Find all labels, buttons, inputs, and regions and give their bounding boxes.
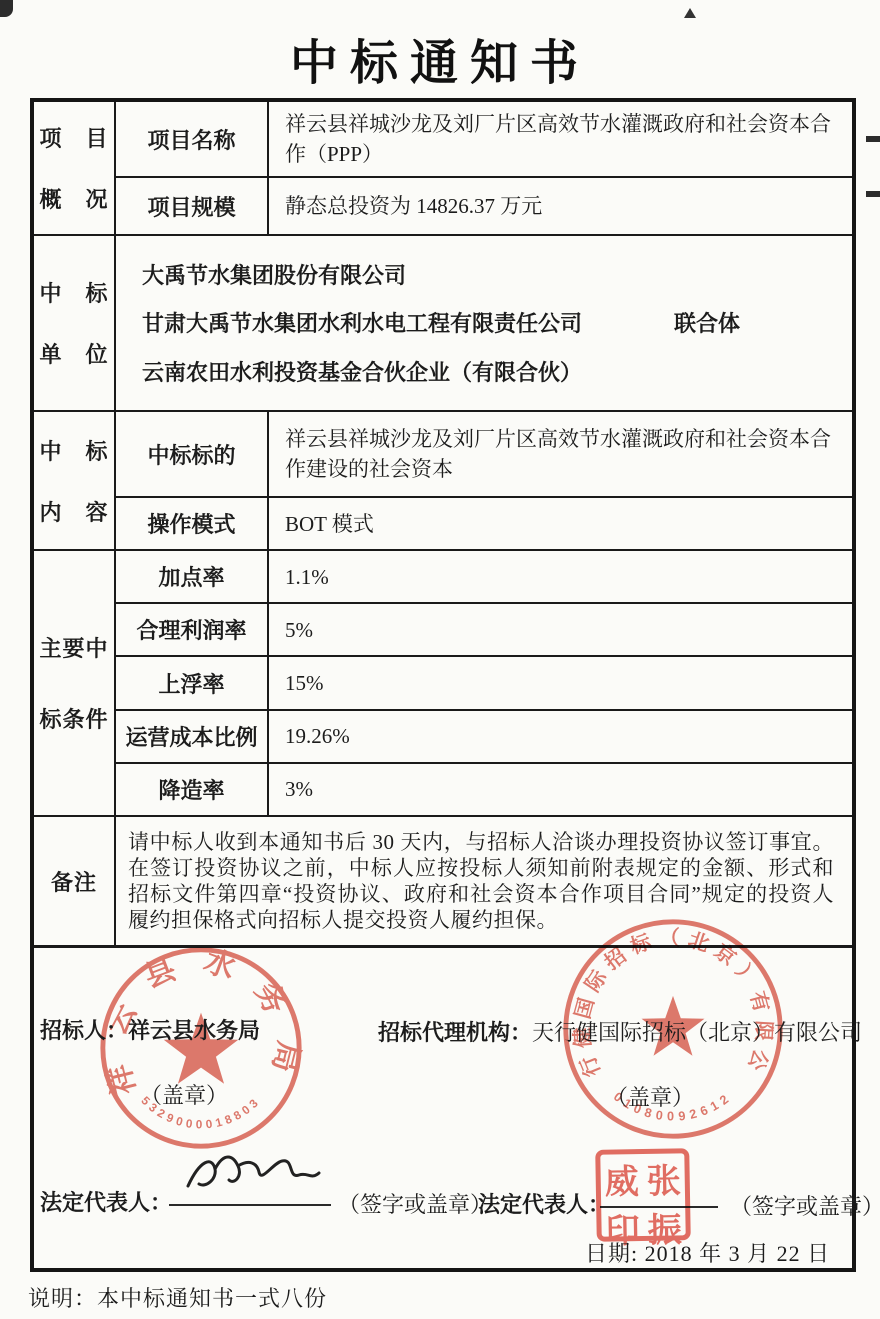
legal-rep-label-left: 法定代表人： [40,1186,172,1217]
legal-rep-label-right: 法定代表人： [478,1188,610,1219]
section-signatures: 祥云县水务局 5329000018803 天行健国际招标（北京）有限公司 [34,945,852,1268]
field-label-operating-cost-ratio: 运营成本比例 [116,711,269,762]
scan-artifact [684,8,696,18]
field-label-float-rate: 上浮率 [116,657,269,708]
section-label-line: 概 况 [39,183,108,214]
section-label-winning-bidder: 中 标 单 位 [34,236,116,410]
agency-label: 招标代理机构： [378,1020,532,1045]
field-label-profit-rate: 合理利润率 [116,604,269,655]
consortium-label: 联合体 [674,307,740,338]
tenderer-label: 招标人： [40,1018,128,1043]
table-row: 加点率 1.1% [116,551,852,602]
agency-seal-note: （盖章） [606,1081,694,1112]
footer-note: 说明：本中标通知书一式八份 [28,1282,327,1313]
field-label-bid-subject: 中标标的 [116,412,269,496]
company-name: 甘肃大禹节水集团水利水电工程有限责任公司 [142,307,582,338]
section-label-bid-content: 中 标 内 容 [34,412,116,549]
company-name: 大禹节水集团股份有限公司 [142,259,842,290]
section-project-overview: 项 目 概 况 项目名称 祥云县祥城沙龙及刘厂片区高效节水灌溉政府和社会资本合作… [34,102,852,234]
section-label-remarks: 备注 [34,817,116,945]
field-label-markup-rate: 加点率 [116,551,269,602]
field-label-operation-mode: 操作模式 [116,498,269,549]
handwritten-signature [178,1144,328,1206]
stamp-org-text: 天行健国际招标（北京）有限公司 [558,914,776,1080]
company-name: 云南农田水利投资基金合伙企业（有限合伙） [142,356,842,387]
scanned-bid-notice-page: 中标通知书 项 目 概 况 项目名称 祥云县祥城沙龙及刘厂片区高效节水灌溉政府和… [0,0,880,1319]
field-value-operating-cost-ratio: 19.26% [269,711,852,762]
field-label-project-scale: 项目规模 [116,178,269,234]
field-label-reduction-rate: 降造率 [116,764,269,815]
field-value-reduction-rate: 3% [269,764,852,815]
table-row: 上浮率 15% [116,655,852,708]
section-main-conditions: 主要中 标条件 加点率 1.1% 合理利润率 5% 上浮率 15% 运营成本比例 [34,549,852,815]
field-value-operation-mode: BOT 模式 [269,498,852,549]
section-label-project-overview: 项 目 概 况 [34,102,116,234]
seal-char: 张 [642,1153,685,1203]
section-label-line: 中 标 [39,435,108,466]
scan-artifact [866,191,880,197]
table-row: 项目名称 祥云县祥城沙龙及刘厂片区高效节水灌溉政府和社会资本合作（PPP） [116,102,852,176]
field-value-float-rate: 15% [269,657,852,708]
scan-artifact [0,0,13,17]
scan-artifact [866,136,880,142]
field-value-project-name: 祥云县祥城沙龙及刘厂片区高效节水灌溉政府和社会资本合作（PPP） [269,102,852,176]
agency-name: 天行健国际招标（北京）有限公司 [532,1020,862,1045]
table-row: 运营成本比例 19.26% [116,709,852,762]
section-label-line: 主要中 [39,632,108,663]
table-row: 项目规模 静态总投资为 14826.37 万元 [116,176,852,234]
page-title: 中标通知书 [0,24,880,93]
field-value-project-scale: 静态总投资为 14826.37 万元 [269,178,852,234]
field-label-project-name: 项目名称 [116,102,269,176]
field-value-profit-rate: 5% [269,604,852,655]
field-value-bid-subject: 祥云县祥城沙龙及刘厂片区高效节水灌溉政府和社会资本合作建设的社会资本 [269,412,852,496]
section-bid-content: 中 标 内 容 中标标的 祥云县祥城沙龙及刘厂片区高效节水灌溉政府和社会资本合作… [34,410,852,549]
table-row: 降造率 3% [116,762,852,815]
section-label-line: 内 容 [39,496,108,527]
agency-line: 招标代理机构：天行健国际招标（北京）有限公司 [378,1016,862,1047]
legal-rep-note-right: （签字或盖章） [730,1190,880,1221]
section-label-main-conditions: 主要中 标条件 [34,551,116,815]
field-value-markup-rate: 1.1% [269,551,852,602]
date-line: 日期: 2018 年 3 月 22 日 [585,1237,830,1268]
svg-text:天行健国际招标（北京）有限公司: 天行健国际招标（北京）有限公司 [558,914,776,1080]
bid-notice-table: 项 目 概 况 项目名称 祥云县祥城沙龙及刘厂片区高效节水灌溉政府和社会资本合作… [30,98,856,1272]
legal-rep-note-left: （签字或盖章） [338,1188,492,1219]
company-line: 甘肃大禹节水集团水利水电工程有限责任公司 联合体 [142,307,842,338]
section-label-line: 单 位 [39,338,108,369]
section-label-line: 标条件 [39,703,108,734]
bidder-companies: 大禹节水集团股份有限公司 甘肃大禹节水集团水利水电工程有限责任公司 联合体 云南… [116,236,852,410]
section-winning-bidder: 中 标 单 位 大禹节水集团股份有限公司 甘肃大禹节水集团水利水电工程有限责任公… [34,234,852,410]
table-row: 中标标的 祥云县祥城沙龙及刘厂片区高效节水灌溉政府和社会资本合作建设的社会资本 [116,412,852,496]
table-row: 操作模式 BOT 模式 [116,496,852,549]
tenderer-line: 招标人：祥云县水务局 [40,1014,260,1045]
section-label-line: 中 标 [39,277,108,308]
table-row: 合理利润率 5% [116,602,852,655]
seal-char: 威 [600,1154,643,1204]
section-label-line: 项 目 [39,122,108,153]
personal-name-seal: 威 张 印 振 [595,1148,691,1242]
tenderer-round-stamp: 祥云县水务局 5329000018803 [95,942,307,1154]
signature-line [169,1204,331,1206]
tenderer-seal-note: （盖章） [140,1079,228,1110]
tenderer-name: 祥云县水务局 [128,1018,260,1043]
